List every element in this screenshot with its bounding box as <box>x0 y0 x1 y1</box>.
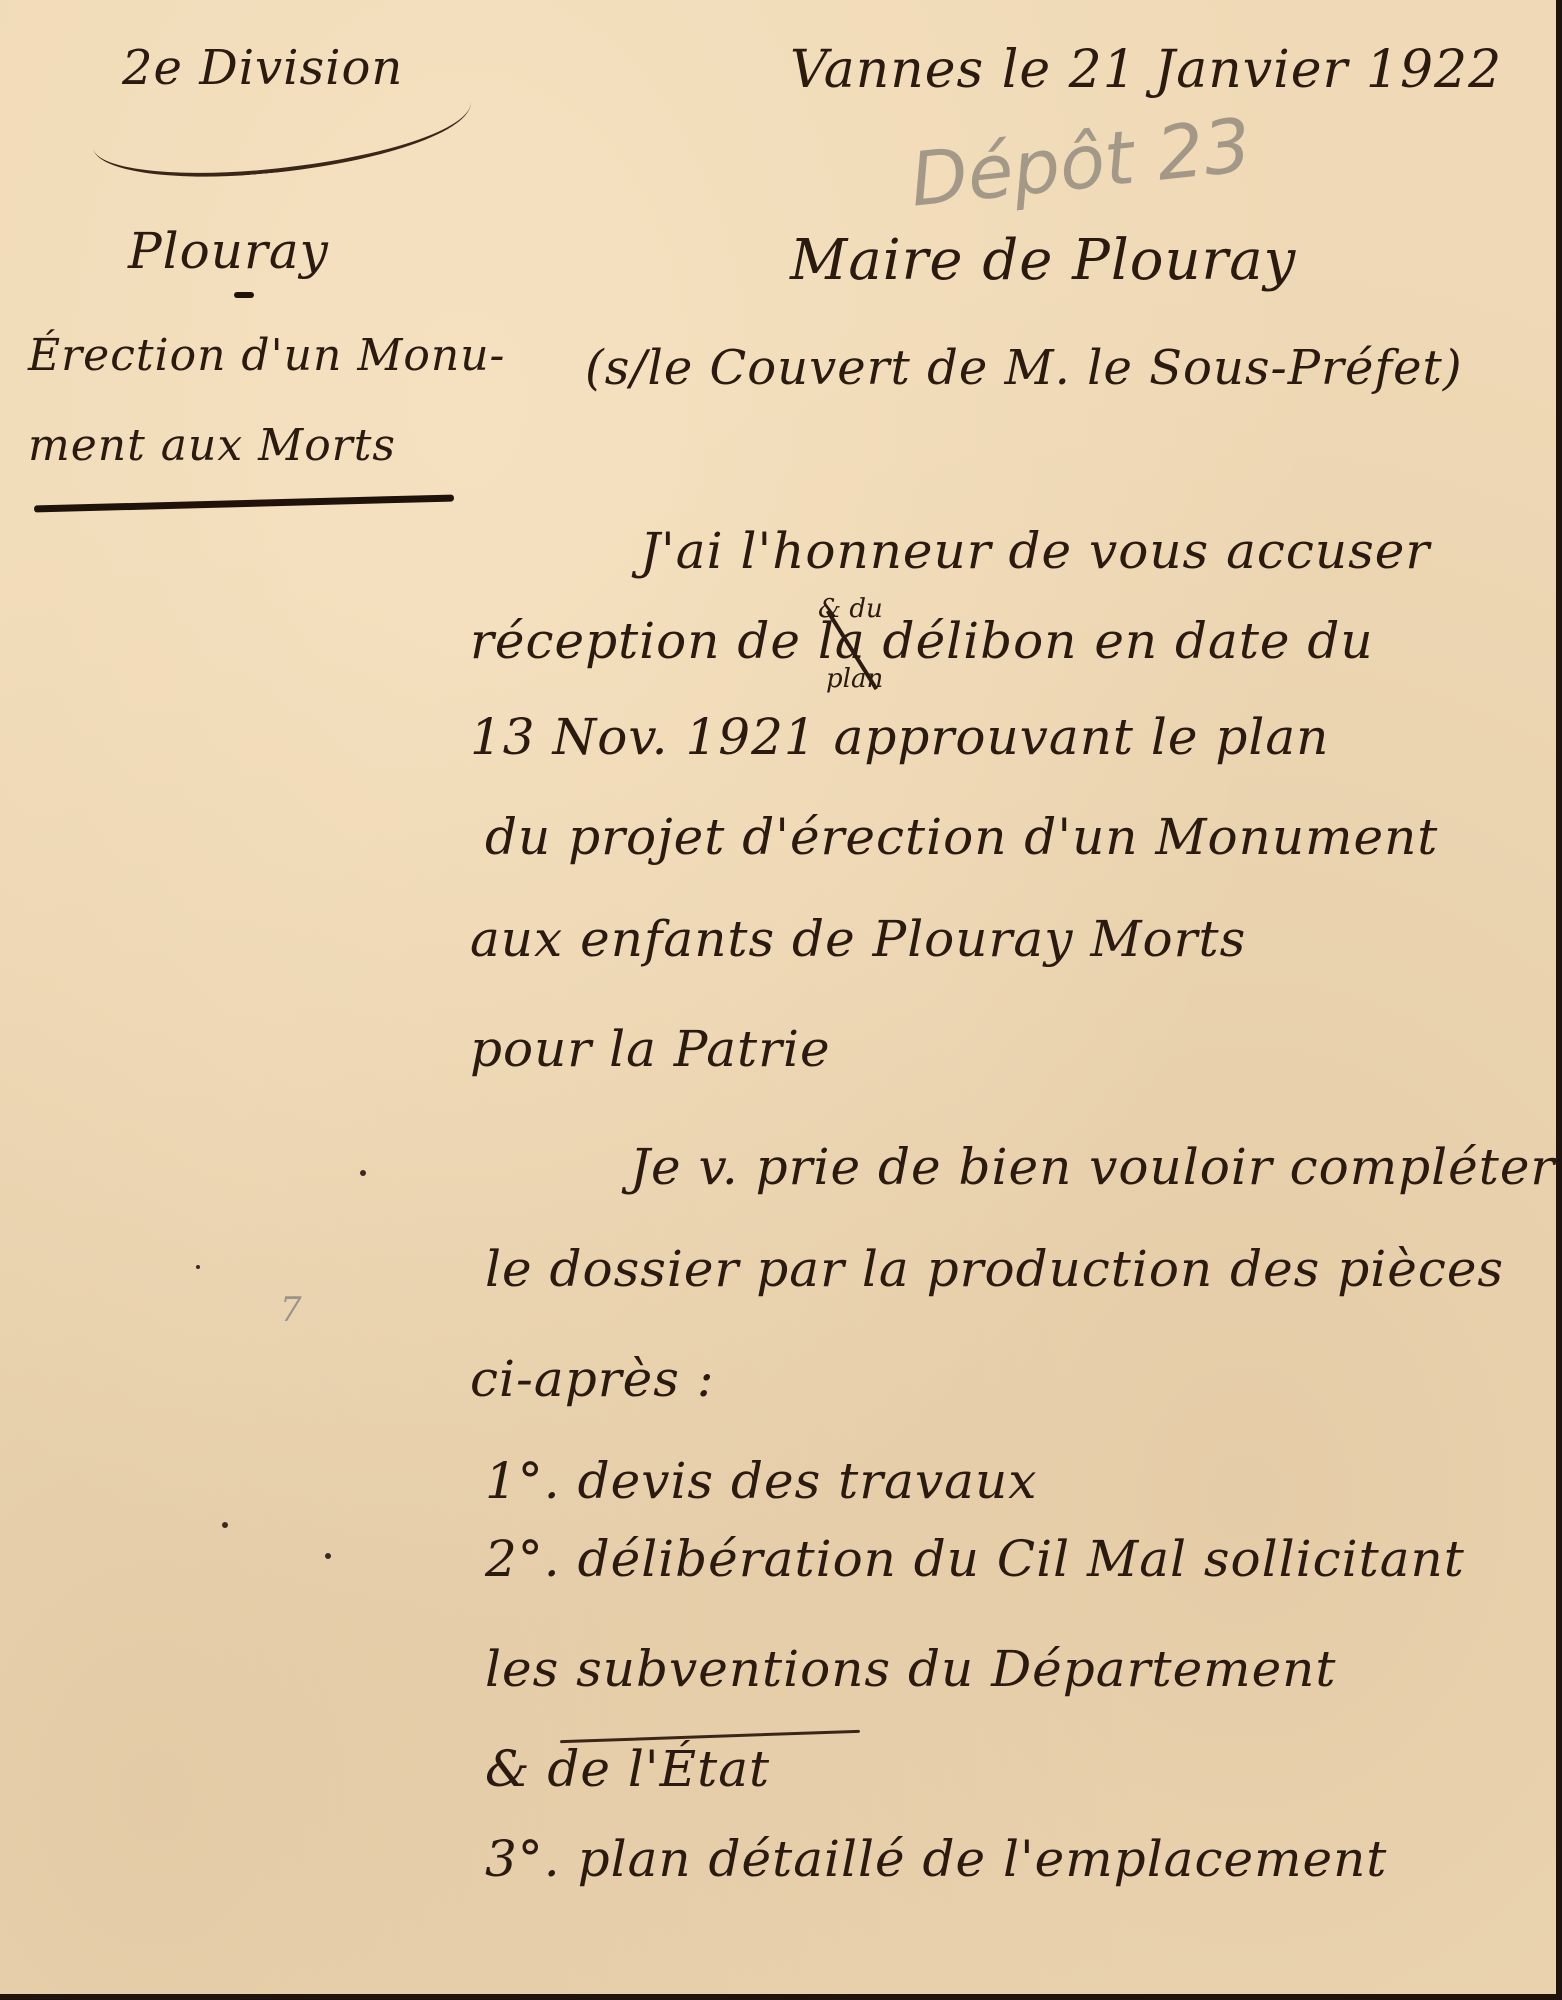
margin-pencil-mark: 7 <box>280 1290 303 1330</box>
paper-speck <box>325 1553 331 1559</box>
subject-line-1: Érection d'un Monu- <box>28 330 505 381</box>
body-line-1: J'ai l'honneur de vous accuser <box>640 522 1430 580</box>
subject-rule <box>34 495 454 513</box>
paper-speck <box>196 1265 200 1269</box>
body-line-3: 13 Nov. 1921 approuvant le plan <box>470 708 1329 766</box>
body-line-7: Je v. prie de bien vouloir compléter <box>630 1138 1555 1196</box>
body-line-9: ci-après : <box>470 1350 715 1408</box>
commune-label: Plouray <box>128 222 329 280</box>
body-line-8: le dossier par la production des pièces <box>485 1240 1504 1298</box>
subject-line-2: ment aux Morts <box>28 420 396 471</box>
list-item-2-cont-2: & de l'État <box>485 1740 770 1798</box>
separator-dash <box>234 292 254 298</box>
paper-speck <box>222 1522 228 1528</box>
body-line-2: réception de la délibon en date du <box>470 612 1374 670</box>
list-item-3: 3°. plan détaillé de l'emplacement <box>485 1830 1387 1888</box>
pencil-annotation: Dépôt 23 <box>906 102 1255 223</box>
letter-page: 2e Division Plouray Érection d'un Monu- … <box>0 0 1562 2000</box>
list-item-2: 2°. délibération du Cil Mal sollicitant <box>485 1530 1465 1588</box>
body-line-6: pour la Patrie <box>470 1020 831 1078</box>
list-item-2-cont: les subventions du Département <box>485 1640 1336 1698</box>
recipient: Maire de Plouray <box>790 228 1296 293</box>
list-item-1: 1°. devis des travaux <box>485 1452 1037 1510</box>
insertion-above: & du <box>818 594 883 624</box>
body-line-4: du projet d'érection d'un Monument <box>485 808 1438 866</box>
via-line: (s/le Couvert de M. le Sous-Préfet) <box>585 340 1463 396</box>
paper-speck <box>360 1170 366 1176</box>
body-line-5: aux enfants de Plouray Morts <box>470 910 1246 968</box>
place-date: Vannes le 21 Janvier 1922 <box>790 40 1502 100</box>
